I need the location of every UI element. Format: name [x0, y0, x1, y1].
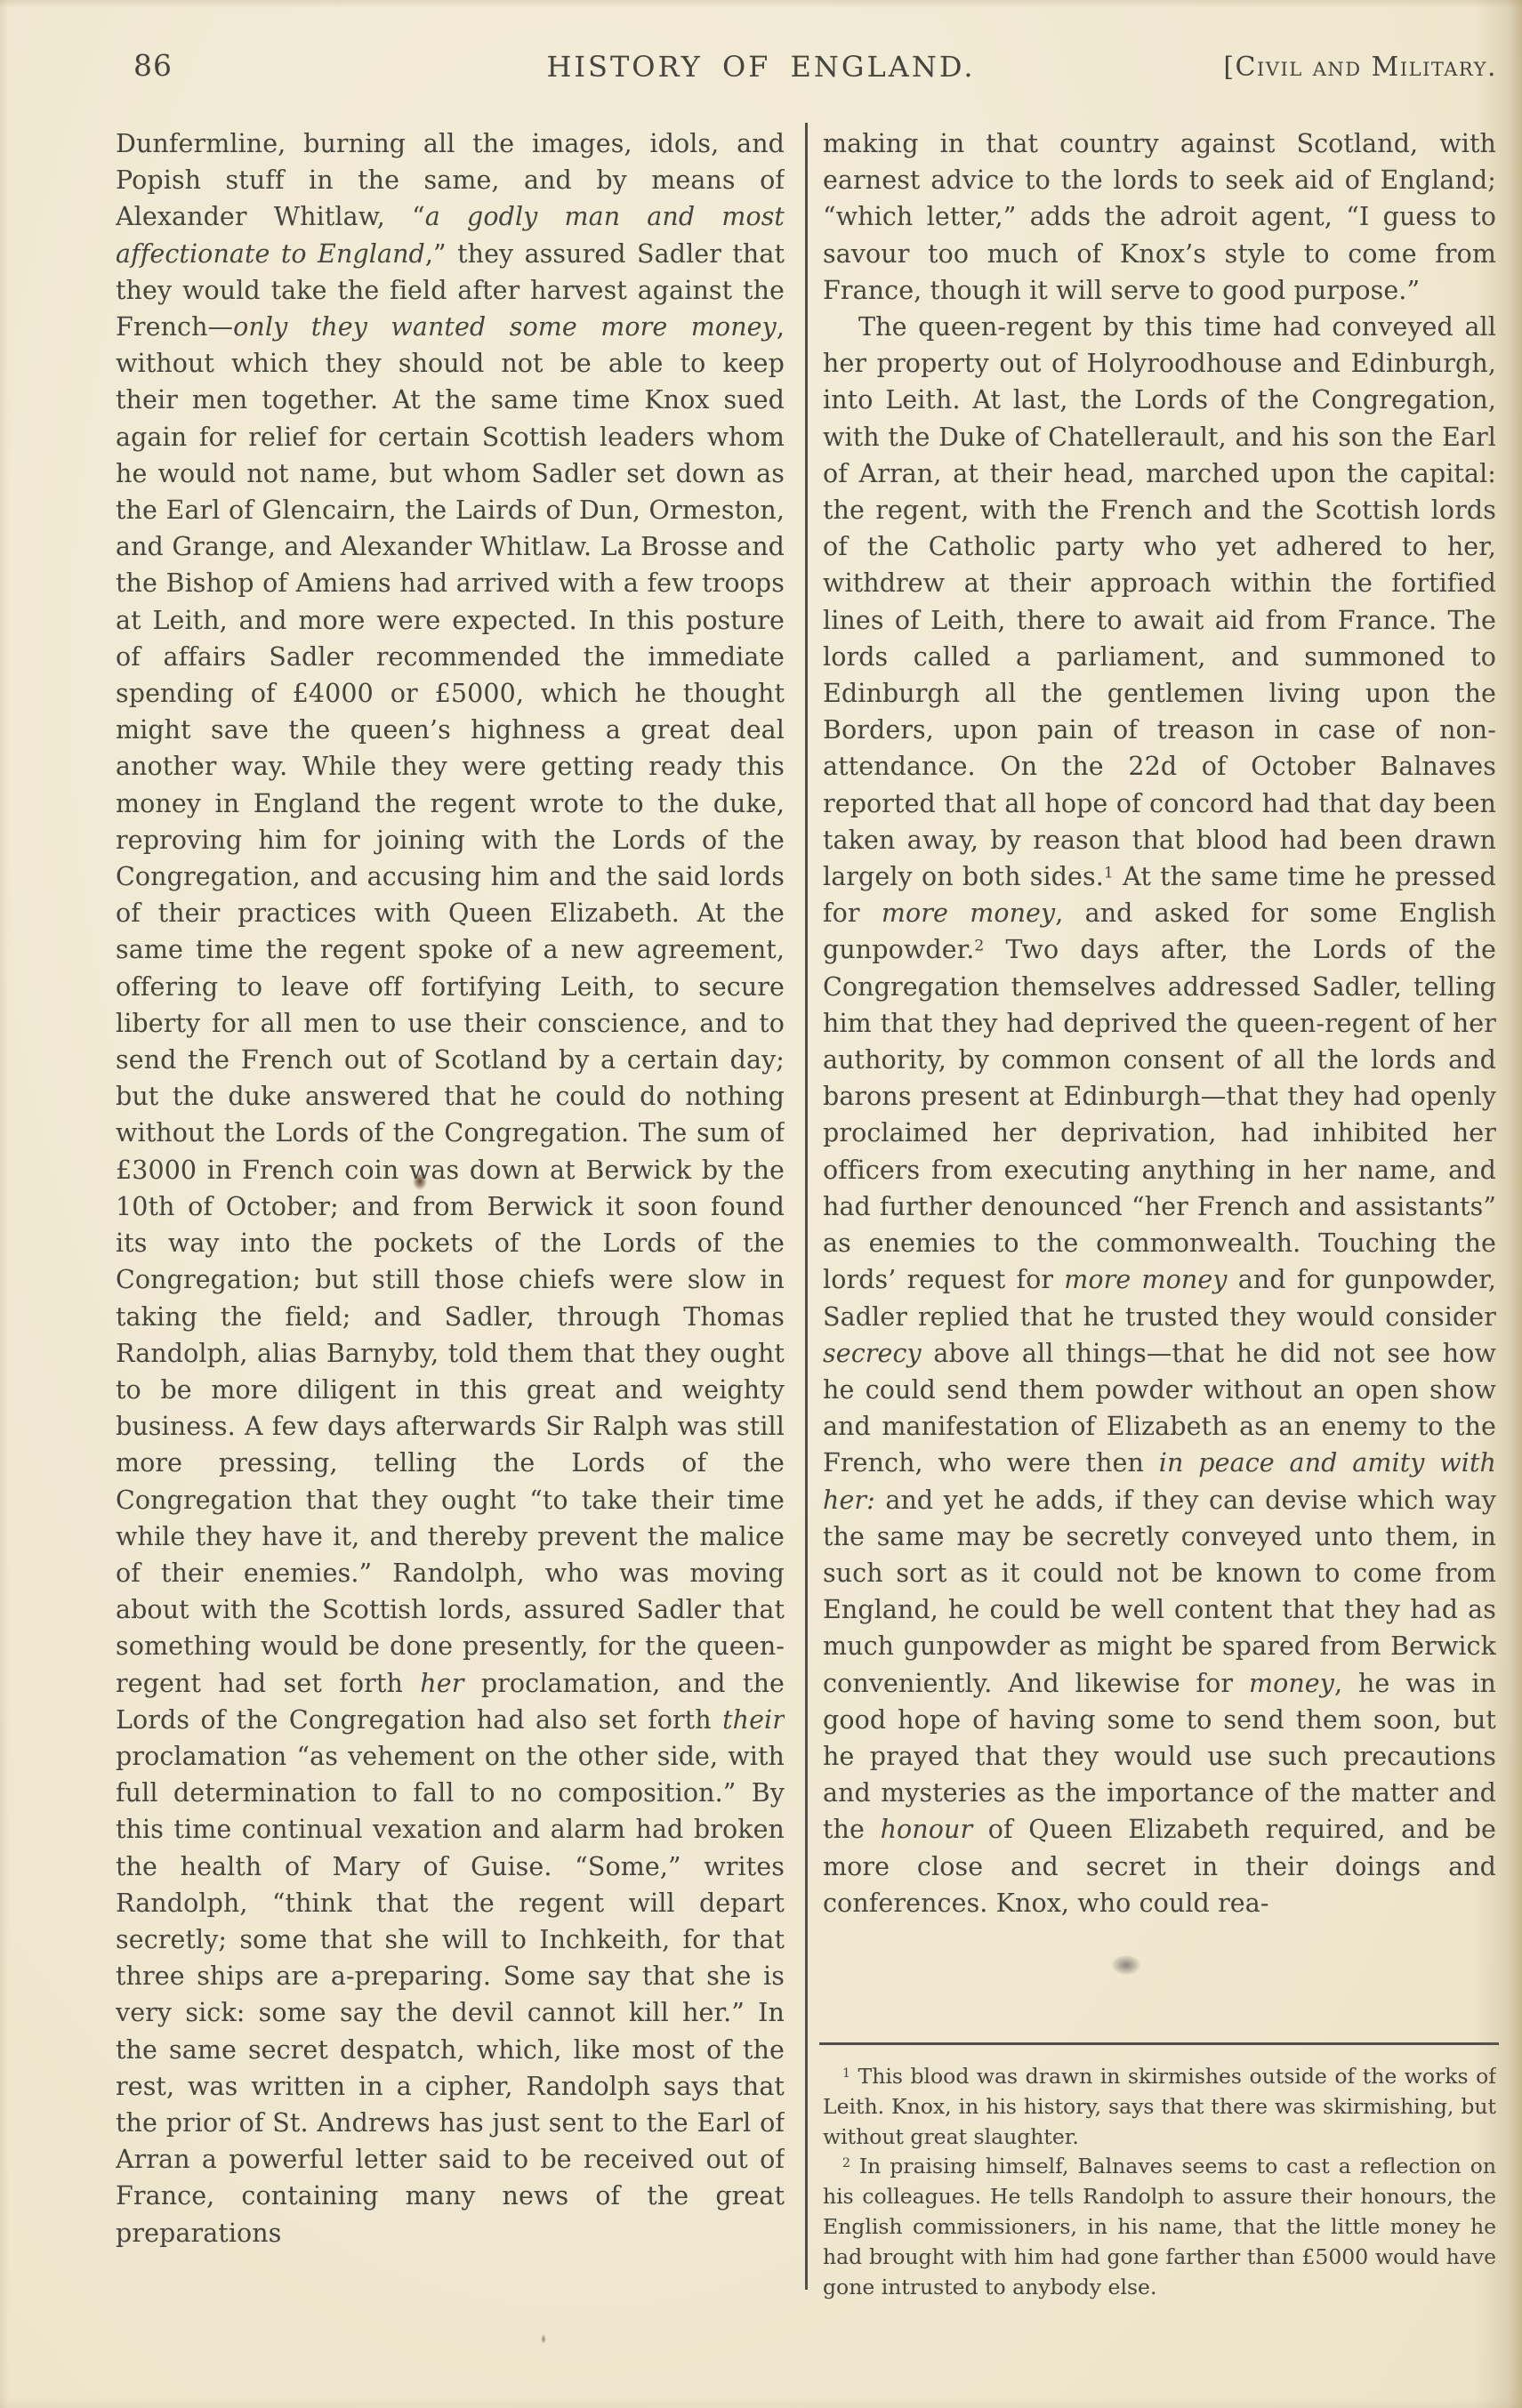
- right-text-column: making in that country against Scotland,…: [823, 125, 1496, 2040]
- book-page: 86 HISTORY OF ENGLAND. [Civil and Milita…: [0, 0, 1522, 2408]
- section-heading: [Civil and Military.: [1223, 52, 1497, 83]
- ink-speck: [541, 2334, 546, 2344]
- paragraph: The queen-regent by this time had convey…: [823, 309, 1496, 1921]
- footnotes-block: 1 This blood was drawn in skirmishes out…: [823, 2062, 1496, 2302]
- paragraph: 1 This blood was drawn in skirmishes out…: [823, 2062, 1496, 2152]
- paragraph: Dunfermline, burning all the images, ido…: [116, 125, 785, 2251]
- paragraph: making in that country against Scotland,…: [823, 125, 1496, 309]
- paragraph: 2 In praising himself, Balnaves seems to…: [823, 2152, 1496, 2302]
- footnote-separator-rule: [819, 2042, 1499, 2045]
- column-divider-rule: [805, 123, 808, 2290]
- left-text-column: Dunfermline, burning all the images, ido…: [116, 125, 785, 2251]
